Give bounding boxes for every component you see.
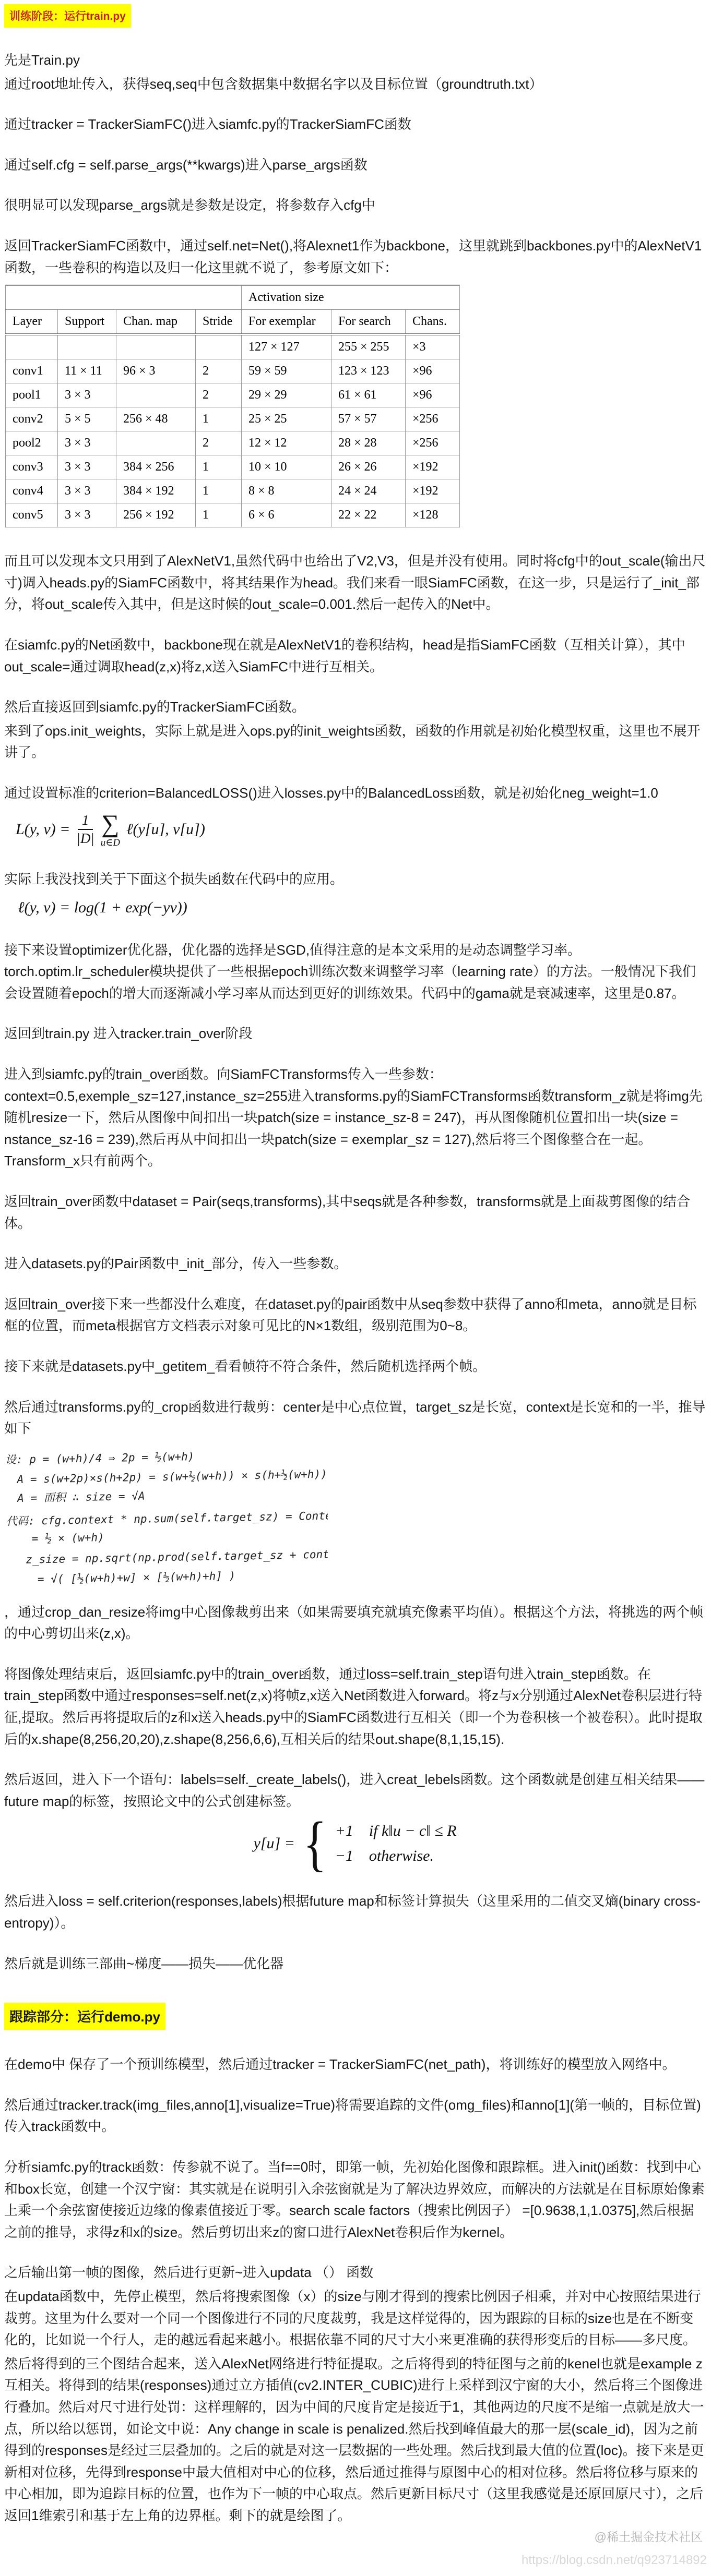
fraction: 1 |D| — [76, 812, 94, 848]
table-cell: 127 × 127 — [242, 334, 331, 359]
paragraph: 实际上我没找到关于下面这个损失函数在代码中的应用。 — [4, 869, 706, 890]
table-cell: 2 — [196, 383, 242, 407]
table-cell: pool1 — [6, 383, 58, 407]
paragraph: 返回到train.py 进入tracker.train_over阶段 — [4, 1023, 706, 1045]
case-negative: −1 otherwise. — [335, 1847, 457, 1865]
logistic-loss-formula: ℓ(y, v) = log(1 + exp(−yv)) — [18, 899, 706, 917]
table-cell: 256 × 192 — [116, 503, 196, 527]
paragraph: 返回train_over函数中dataset = Pair(seqs,trans… — [4, 1191, 706, 1234]
table-cell — [116, 334, 196, 359]
table-cell: 59 × 59 — [242, 359, 331, 383]
table-cell: 6 × 6 — [242, 503, 331, 527]
table-cell: 24 × 24 — [331, 479, 406, 503]
table-cell: 61 × 61 — [331, 383, 406, 407]
table-cell: ×3 — [406, 334, 460, 359]
paragraph: 先是Train.py — [4, 50, 706, 71]
table-cell: ×192 — [406, 479, 460, 503]
case-value: −1 — [335, 1847, 353, 1865]
table-cell: 2 — [196, 359, 242, 383]
curly-brace: { — [303, 1820, 327, 1868]
paragraph: 然后就是训练三部曲~梯度——损失——优化器 — [4, 1953, 706, 1975]
balanced-loss-formula: L(y, v) = 1 |D| ∑ u∈D ℓ(y[u], v[u]) — [16, 812, 706, 848]
fraction-denominator: |D| — [76, 830, 94, 848]
table-cell: conv2 — [6, 407, 58, 431]
table-cell — [6, 334, 58, 359]
paragraph: 通过tracker = TrackerSiamFC()进入siamfc.py的T… — [4, 114, 706, 136]
table-row: pool1 3 × 3 2 29 × 29 61 × 61 ×96 — [6, 383, 460, 407]
table-cell: 8 × 8 — [242, 479, 331, 503]
table-cell: 28 × 28 — [331, 431, 406, 455]
paragraph: 在updata函数中，先停止模型，然后将搜索图像（x）的size与刚才得到的搜索… — [4, 2286, 706, 2351]
section-heading-demo: 跟踪部分：运行demo.py — [4, 2003, 165, 2030]
table-cell — [58, 334, 116, 359]
paragraph: 然后通过transforms.py的_crop函数进行裁剪：center是中心点… — [4, 1397, 706, 1440]
svg-text:z_size = np.sqrt(np.prod(self.: z_size = np.sqrt(np.prod(self.target_sz … — [26, 1547, 328, 1566]
svg-text:= √( [½(w+h)+w] × [½(w+h)+h] ): = √( [½(w+h)+w] × [½(w+h)+h] ) — [38, 1569, 236, 1585]
sigma-symbol: ∑ — [101, 812, 119, 837]
table-row: conv2 5 × 5 256 × 48 1 25 × 25 57 × 57 ×… — [6, 407, 460, 431]
paragraph: 然后将得到的三个图结合起来，送入AlexNet网络进行特征提取。之后将得到的特征… — [4, 2353, 706, 2527]
table-row: conv4 3 × 3 384 × 192 1 8 × 8 24 × 24 ×1… — [6, 479, 460, 503]
formula-lhs: y[u] = — [254, 1835, 295, 1852]
paragraph: ，通过crop_dan_resize将img中心图像裁剪出来（如果需要填充就填充… — [4, 1602, 706, 1645]
table-cell: ×128 — [406, 503, 460, 527]
table-cell: 12 × 12 — [242, 431, 331, 455]
paragraph: 而且可以发现本文只用到了AlexNetV1,虽然代码中也给出了V2,V3，但是并… — [4, 550, 706, 616]
paragraph: 在siamfc.py的Net函数中，backbone现在就是AlexNetV1的… — [4, 634, 706, 678]
case-condition: if k‖u − c‖ ≤ R — [369, 1822, 457, 1840]
svg-text:代码: cfg.context * np.sum(self: 代码: cfg.context * np.sum(self.target_sz)… — [6, 1509, 328, 1527]
table-cell: 11 × 11 — [58, 359, 116, 383]
col-header: Chans. — [406, 310, 460, 335]
table-cell: conv5 — [6, 503, 58, 527]
case-condition: otherwise. — [369, 1847, 434, 1865]
table-cell: ×192 — [406, 455, 460, 479]
table-cell: 22 × 22 — [331, 503, 406, 527]
table-cell: 1 — [196, 479, 242, 503]
paragraph: 然后返回，进入下一个语句：labels=self._create_labels(… — [4, 1769, 706, 1812]
csdn-url-watermark: https://blog.csdn.net/q923714892 — [522, 2553, 707, 2568]
table-cell: 29 × 29 — [242, 383, 331, 407]
paragraph: 在demo中 保存了一个预训练模型，然后通过tracker = TrackerS… — [4, 2054, 706, 2076]
table-span-header-row: Activation size — [6, 285, 460, 310]
table-cell: 384 × 256 — [116, 455, 196, 479]
table-row: 127 × 127 255 × 255 ×3 — [6, 334, 460, 359]
paragraph: 进入datasets.py的Pair函数中_init_部分，传入一些参数。 — [4, 1253, 706, 1275]
col-header: Layer — [6, 310, 58, 335]
table-cell: 25 × 25 — [242, 407, 331, 431]
table-cell: ×96 — [406, 383, 460, 407]
formula-rhs: ℓ(y[u], v[u]) — [126, 821, 205, 838]
paragraph: 通过self.cfg = self.parse_args(**kwargs)进入… — [4, 154, 706, 176]
table-cell: 2 — [196, 431, 242, 455]
table-cell: conv3 — [6, 455, 58, 479]
table-cell: 1 — [196, 455, 242, 479]
col-header: Support — [58, 310, 116, 335]
table-cell: 384 × 192 — [116, 479, 196, 503]
paragraph: 通过root地址传入，获得seq,seq中包含数据集中数据名字以及目标位置（gr… — [4, 74, 706, 95]
case-positive: +1 if k‖u − c‖ ≤ R — [335, 1822, 457, 1840]
table-cell: conv4 — [6, 479, 58, 503]
handwritten-derivation-image: 设: p = (w+h)/4 ⇒ 2p = ½(w+h) A = s(w+2p)… — [4, 1444, 328, 1596]
paragraph: 接下来就是datasets.py中_getitem_看看帧符不符合条件，然后随机… — [4, 1356, 706, 1378]
table-cell: ×256 — [406, 431, 460, 455]
table-cell: 57 × 57 — [331, 407, 406, 431]
paragraph: 然后通过tracker.track(img_files,anno[1],visu… — [4, 2094, 706, 2138]
table-cell: 3 × 3 — [58, 383, 116, 407]
col-header: Stride — [196, 310, 242, 335]
table-cell: 1 — [196, 503, 242, 527]
table-cell — [196, 334, 242, 359]
table-cell: 3 × 3 — [58, 455, 116, 479]
table-cell: ×96 — [406, 359, 460, 383]
table-cell: conv1 — [6, 359, 58, 383]
juejin-watermark: @稀土掘金技术社区 — [595, 2527, 703, 2545]
table-row: conv1 11 × 11 96 × 3 2 59 × 59 123 × 123… — [6, 359, 460, 383]
section-heading-train: 训练阶段：运行train.py — [4, 4, 131, 28]
paragraph: 进入到siamfc.py的train_over函数。向SiamFCTransfo… — [4, 1064, 706, 1172]
svg-text:A = 面积 ∴ size = √A: A = 面积 ∴ size = √A — [16, 1489, 145, 1504]
table-cell: 3 × 3 — [58, 479, 116, 503]
table-cell: 96 × 3 — [116, 359, 196, 383]
table-cell: 123 × 123 — [331, 359, 406, 383]
paragraph: 很明显可以发现parse_args就是参数是设定，将参数存入cfg中 — [4, 195, 706, 216]
svg-text:设: p = (w+h)/4 ⇒ 2p = ½(w+h): 设: p = (w+h)/4 ⇒ 2p = ½(w+h) — [5, 1450, 195, 1466]
paragraph: 接下来设置optimizer优化器，优化器的选择是SGD,值得注意的是本文采用的… — [4, 940, 706, 1005]
case-value: +1 — [335, 1822, 353, 1840]
table-row: conv3 3 × 3 384 × 256 1 10 × 10 26 × 26 … — [6, 455, 460, 479]
formula-lhs: L(y, v) = — [16, 821, 70, 838]
table-cell: 10 × 10 — [242, 455, 331, 479]
alexnet-architecture-table: Activation size Layer Support Chan. map … — [5, 284, 460, 527]
paragraph: 通过设置标准的criterion=BalancedLOSS()进入losses.… — [4, 783, 706, 804]
paragraph: 然后直接返回到siamfc.py的TrackerSiamFC函数。 — [4, 696, 706, 718]
table-cell: 5 × 5 — [58, 407, 116, 431]
paragraph: 分析siamfc.py的track函数：传参就不说了。当f==0时，即第一帧，先… — [4, 2157, 706, 2243]
paragraph: 将图像处理结束后，返回siamfc.py中的train_over函数，通过los… — [4, 1664, 706, 1750]
table-cell — [116, 431, 196, 455]
svg-text:A = s(w+2p)×s(h+2p) = s(w+½(w+: A = s(w+2p)×s(h+2p) = s(w+½(w+h)) × s(h+… — [16, 1467, 327, 1485]
fraction-numerator: 1 — [78, 812, 93, 830]
paragraph: 来到了ops.init_weights，实际上就是进入ops.py的init_w… — [4, 720, 706, 764]
table-row: pool2 3 × 3 2 12 × 12 28 × 28 ×256 — [6, 431, 460, 455]
col-header: For exemplar — [242, 310, 331, 335]
paragraph: 返回train_over接下来一些都没什么难度，在dataset.py的pair… — [4, 1294, 706, 1337]
table-header-row: Layer Support Chan. map Stride For exemp… — [6, 310, 460, 335]
table-cell: 256 × 48 — [116, 407, 196, 431]
col-header: Chan. map — [116, 310, 196, 335]
table-empty-cell — [6, 285, 242, 310]
summation: ∑ u∈D — [101, 812, 120, 848]
table-cell: ×256 — [406, 407, 460, 431]
table-cell: pool2 — [6, 431, 58, 455]
svg-text:= ½ × (w+h): = ½ × (w+h) — [31, 1531, 104, 1545]
table-cell: 1 — [196, 407, 242, 431]
cases-column: +1 if k‖u − c‖ ≤ R −1 otherwise. — [335, 1822, 457, 1865]
table-cell: 3 × 3 — [58, 431, 116, 455]
label-cases-formula: y[u] = { +1 if k‖u − c‖ ≤ R −1 otherwise… — [254, 1820, 457, 1868]
table-cell: 3 × 3 — [58, 503, 116, 527]
table-row: conv5 3 × 3 256 × 192 1 6 × 6 22 × 22 ×1… — [6, 503, 460, 527]
paragraph: 之后输出第一帧的图像，然后进行更新~进入updata （） 函数 — [4, 2262, 706, 2284]
table-cell: 26 × 26 — [331, 455, 406, 479]
table-span-header: Activation size — [242, 285, 460, 310]
paragraph: 返回TrackerSiamFC函数中，通过self.net=Net(),将Ale… — [4, 235, 706, 279]
table-cell: 255 × 255 — [331, 334, 406, 359]
summation-subscript: u∈D — [101, 838, 120, 848]
col-header: For search — [331, 310, 406, 335]
table-cell — [116, 383, 196, 407]
document-page: 训练阶段：运行train.py 先是Train.py 通过root地址传入，获得… — [0, 0, 711, 2576]
paragraph: 然后进入loss = self.criterion(responses,labe… — [4, 1891, 706, 1934]
